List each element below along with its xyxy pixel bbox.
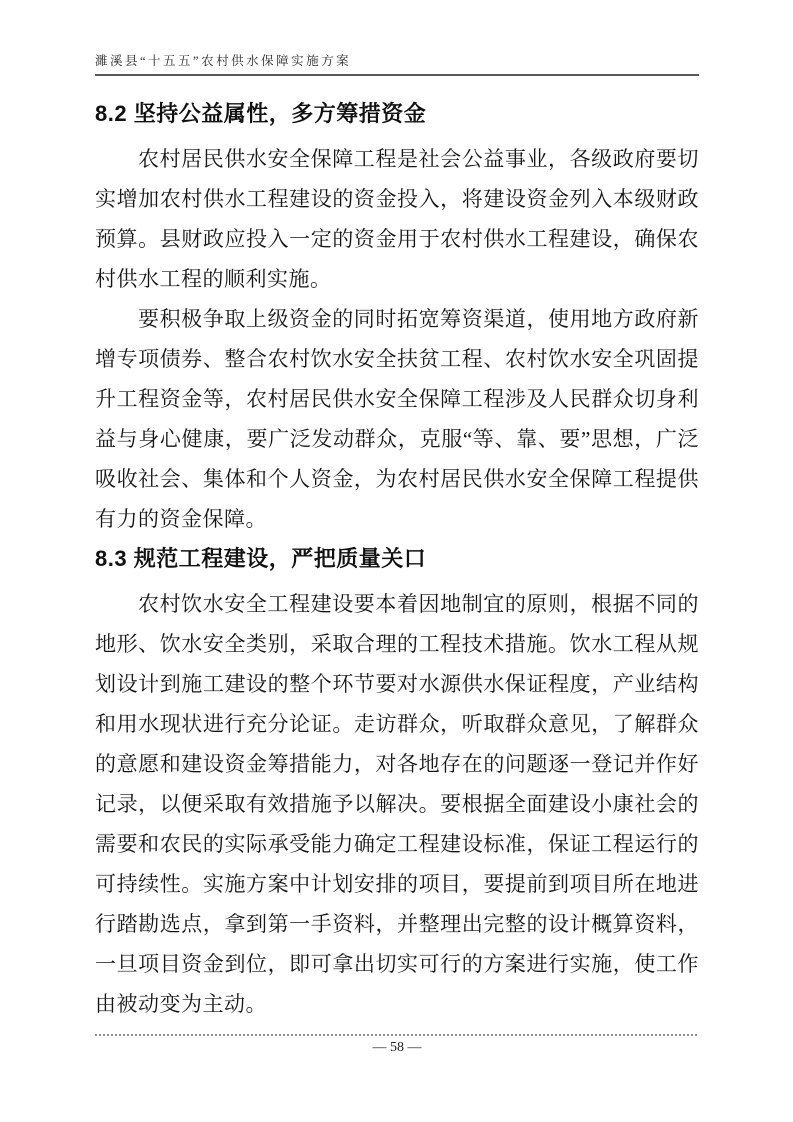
paragraph: 要积极争取上级资金的同时拓宽筹资渠道，使用地方政府新增专项债券、整合农村饮水安全… <box>95 299 699 539</box>
section-heading-8-3: 8.3 规范工程建设，严把质量关口 <box>95 545 699 573</box>
document-page: 濉溪县“十五五”农村供水保障实施方案 8.2 坚持公益属性，多方筹措资金 农村居… <box>0 0 793 1122</box>
paragraph: 农村居民供水安全保障工程是社会公益事业，各级政府要切实增加农村供水工程建设的资金… <box>95 139 699 299</box>
section-heading-8-2: 8.2 坚持公益属性，多方筹措资金 <box>95 100 699 128</box>
paragraph: 农村饮水安全工程建设要本着因地制宜的原则，根据不同的地形、饮水安全类别，采取合理… <box>95 584 699 1024</box>
document-body: 8.2 坚持公益属性，多方筹措资金 农村居民供水安全保障工程是社会公益事业，各级… <box>95 100 699 1024</box>
page-footer: — 58 — <box>95 1034 699 1057</box>
page-number: — 58 — <box>95 1039 699 1057</box>
page-header: 濉溪县“十五五”农村供水保障实施方案 <box>95 52 699 76</box>
footer-rule <box>95 1034 699 1036</box>
document-title-header: 濉溪县“十五五”农村供水保障实施方案 <box>95 52 699 70</box>
header-rule <box>95 74 699 76</box>
